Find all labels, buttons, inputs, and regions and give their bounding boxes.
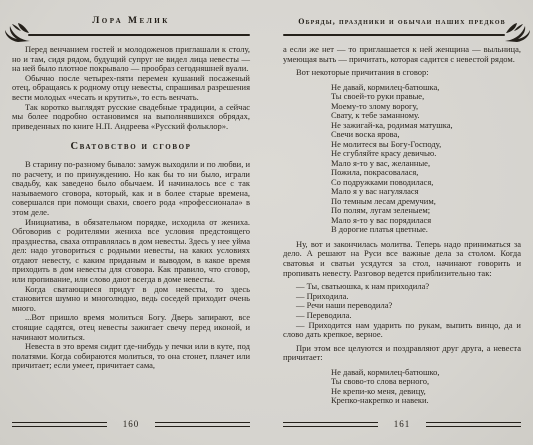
left-page-footer: 160 [12,419,250,429]
paragraph: ...Вот пришло время молиться Богу. Дверь… [12,313,250,342]
section-heading: Сватовство и сговор [12,142,250,152]
paragraph: Вот некоторые причитания в сговор: [283,68,521,78]
page-number: 160 [123,419,140,429]
footer-rule [155,422,250,427]
verse-line: Крепко-накрепко и навеки. [331,396,521,406]
paragraph: Обычно после четырех-пяти перемен кушани… [12,74,250,103]
footer-rule [12,422,107,427]
paragraph: Инициатива, в обязательном порядке, исхо… [12,218,250,285]
left-header-rule [28,34,250,37]
right-running-head: Обряды, праздники и обычаи наших предков [283,10,521,36]
right-body: а если же нет — то приглашается к ней же… [283,45,521,406]
right-header-title: Обряды, праздники и обычаи наших предков [283,10,521,26]
paragraph: Так коротко выглядят русские свадебные т… [12,103,250,132]
left-page: Лора Мелик Перед венчанием гостей и моло… [12,10,250,435]
footer-rule [426,422,521,427]
right-page: Обряды, праздники и обычаи наших предков… [283,10,521,435]
paragraph: Когда сватающиеся придут в дом невесты, … [12,285,250,314]
paragraph: Ну, вот и закончилась молитва. Теперь на… [283,240,521,278]
right-header-rule [283,34,505,37]
left-running-head: Лора Мелик [12,10,250,36]
right-page-footer: 161 [283,419,521,429]
paragraph: Невеста в это время сидит где-нибудь у п… [12,342,250,371]
verse-block: Не давай, кормилец-батюшка, Ты своей-то … [331,83,521,235]
flourish-icon [4,22,31,44]
left-header-title: Лора Мелик [12,10,250,26]
dialogue-line: — Приходится нам ударить по рукам, выпит… [283,321,521,340]
paragraph: Перед венчанием гостей и молодоженов при… [12,45,250,74]
verse-block: Не давай, кормилец-батюшко, Ты свово-то … [331,368,521,406]
book-spread: Лора Мелик Перед венчанием гостей и моло… [0,0,533,445]
paragraph: При этом все целуются и поздравляют друг… [283,344,521,363]
verse-line: В дорогие платья цветные. [331,225,521,235]
flourish-icon [504,22,531,44]
page-number: 161 [394,419,411,429]
left-body: Перед венчанием гостей и молодоженов при… [12,45,250,371]
paragraph: а если же нет — то приглашается к ней же… [283,45,521,64]
dialogue-block: — Ты, сватьюшка, к нам приходила? — Прих… [283,282,521,340]
footer-rule [283,422,378,427]
paragraph: В старину по-разному бывало: замуж выход… [12,160,250,218]
